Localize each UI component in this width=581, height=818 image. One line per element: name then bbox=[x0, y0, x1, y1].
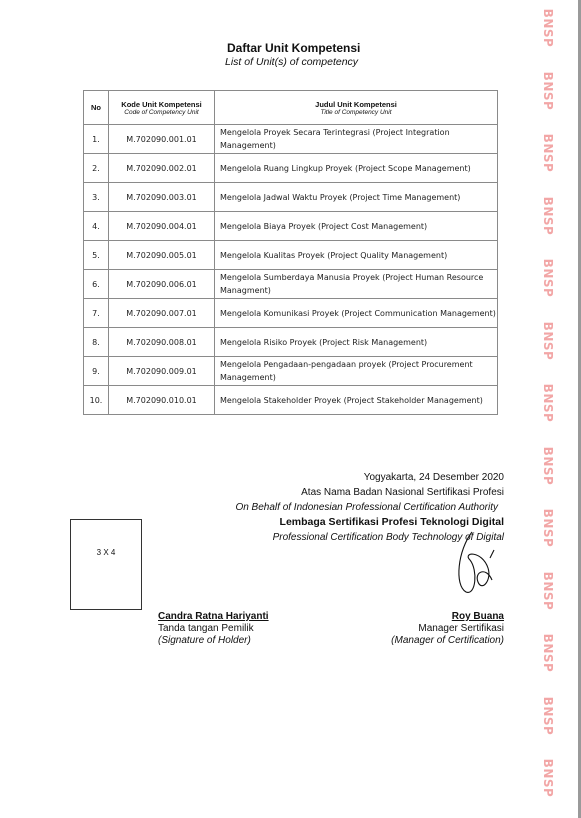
holder-signature-block: Candra Ratna Hariyanti Tanda tangan Pemi… bbox=[158, 611, 269, 647]
row-number: 5. bbox=[84, 241, 109, 270]
unit-code: M.702090.010.01 bbox=[109, 386, 215, 415]
row-number: 8. bbox=[84, 328, 109, 357]
bnsp-watermark: BNSP bbox=[536, 8, 560, 48]
table-row: 8.M.702090.008.01Mengelola Risiko Proyek… bbox=[84, 328, 498, 357]
bnsp-watermark: BNSP bbox=[536, 696, 560, 736]
unit-title: Mengelola Jadwal Waktu Proyek (Project T… bbox=[215, 183, 498, 212]
manager-signature-icon bbox=[452, 530, 502, 600]
row-number: 7. bbox=[84, 299, 109, 328]
unit-code: M.702090.002.01 bbox=[109, 154, 215, 183]
holder-role-id: Tanda tangan Pemilik bbox=[158, 623, 269, 635]
on-behalf-en: On Behalf of Indonesian Professional Cer… bbox=[235, 500, 498, 515]
table-header-row: No Kode Unit KompetensiCode of Competenc… bbox=[84, 91, 498, 125]
unit-title: Mengelola Sumberdaya Manusia Proyek (Pro… bbox=[215, 270, 498, 299]
row-number: 6. bbox=[84, 270, 109, 299]
unit-code: M.702090.005.01 bbox=[109, 241, 215, 270]
bnsp-watermark: BNSP bbox=[536, 71, 560, 111]
manager-signature-block: Roy Buana Manager Sertifikasi (Manager o… bbox=[391, 611, 504, 647]
table-row: 10.M.702090.010.01Mengelola Stakeholder … bbox=[84, 386, 498, 415]
manager-role-en: (Manager of Certification) bbox=[391, 635, 504, 647]
bnsp-watermark: BNSP bbox=[536, 571, 560, 611]
row-number: 4. bbox=[84, 212, 109, 241]
unit-title: Mengelola Pengadaan-pengadaan proyek (Pr… bbox=[215, 357, 498, 386]
table-row: 1.M.702090.001.01Mengelola Proyek Secara… bbox=[84, 125, 498, 154]
bnsp-watermark: BNSP bbox=[536, 321, 560, 361]
column-header-code: Kode Unit KompetensiCode of Competency U… bbox=[109, 91, 215, 125]
bnsp-watermark: BNSP bbox=[536, 758, 560, 798]
document-title: Daftar Unit Kompetensi bbox=[227, 41, 360, 55]
bnsp-watermark: BNSP bbox=[536, 196, 560, 236]
holder-role-en: (Signature of Holder) bbox=[158, 635, 269, 647]
competency-units-table: No Kode Unit KompetensiCode of Competenc… bbox=[83, 90, 498, 415]
row-number: 2. bbox=[84, 154, 109, 183]
row-number: 9. bbox=[84, 357, 109, 386]
column-header-title: Judul Unit KompetensiTitle of Competency… bbox=[215, 91, 498, 125]
unit-code: M.702090.003.01 bbox=[109, 183, 215, 212]
unit-code: M.702090.001.01 bbox=[109, 125, 215, 154]
bnsp-watermark: BNSP bbox=[536, 383, 560, 423]
table-row: 9.M.702090.009.01Mengelola Pengadaan-pen… bbox=[84, 357, 498, 386]
certification-body-name: Lembaga Sertifikasi Profesi Teknologi Di… bbox=[235, 515, 504, 530]
bnsp-watermark: BNSP bbox=[536, 446, 560, 486]
table-row: 7.M.702090.007.01Mengelola Komunikasi Pr… bbox=[84, 299, 498, 328]
manager-role-id: Manager Sertifikasi bbox=[391, 623, 504, 635]
row-number: 1. bbox=[84, 125, 109, 154]
table-row: 2.M.702090.002.01Mengelola Ruang Lingkup… bbox=[84, 154, 498, 183]
bnsp-watermark: BNSP bbox=[536, 133, 560, 173]
unit-title: Mengelola Komunikasi Proyek (Project Com… bbox=[215, 299, 498, 328]
bnsp-watermark: BNSP bbox=[536, 258, 560, 298]
unit-code: M.702090.004.01 bbox=[109, 212, 215, 241]
table-row: 5.M.702090.005.01Mengelola Kualitas Proy… bbox=[84, 241, 498, 270]
holder-name: Candra Ratna Hariyanti bbox=[158, 611, 269, 623]
unit-title: Mengelola Biaya Proyek (Project Cost Man… bbox=[215, 212, 498, 241]
table-row: 4.M.702090.004.01Mengelola Biaya Proyek … bbox=[84, 212, 498, 241]
unit-code: M.702090.007.01 bbox=[109, 299, 215, 328]
table-row: 6.M.702090.006.01Mengelola Sumberdaya Ma… bbox=[84, 270, 498, 299]
unit-title: Mengelola Kualitas Proyek (Project Quali… bbox=[215, 241, 498, 270]
photo-size-label: 3 X 4 bbox=[71, 548, 141, 557]
table-row: 3.M.702090.003.01Mengelola Jadwal Waktu … bbox=[84, 183, 498, 212]
unit-title: Mengelola Proyek Secara Terintegrasi (Pr… bbox=[215, 125, 498, 154]
unit-code: M.702090.008.01 bbox=[109, 328, 215, 357]
row-number: 10. bbox=[84, 386, 109, 415]
unit-title: Mengelola Ruang Lingkup Proyek (Project … bbox=[215, 154, 498, 183]
bnsp-watermark: BNSP bbox=[536, 508, 560, 548]
column-header-no: No bbox=[84, 91, 109, 125]
on-behalf-id: Atas Nama Badan Nasional Sertifikasi Pro… bbox=[235, 485, 504, 500]
bnsp-watermark: BNSP bbox=[536, 633, 560, 673]
row-number: 3. bbox=[84, 183, 109, 212]
unit-title: Mengelola Risiko Proyek (Project Risk Ma… bbox=[215, 328, 498, 357]
unit-code: M.702090.009.01 bbox=[109, 357, 215, 386]
document-subtitle: List of Unit(s) of competency bbox=[225, 56, 358, 68]
place-date: Yogyakarta, 24 Desember 2020 bbox=[235, 470, 504, 485]
photo-placeholder: 3 X 4 bbox=[70, 519, 142, 610]
unit-title: Mengelola Stakeholder Proyek (Project St… bbox=[215, 386, 498, 415]
unit-code: M.702090.006.01 bbox=[109, 270, 215, 299]
manager-name: Roy Buana bbox=[391, 611, 504, 623]
